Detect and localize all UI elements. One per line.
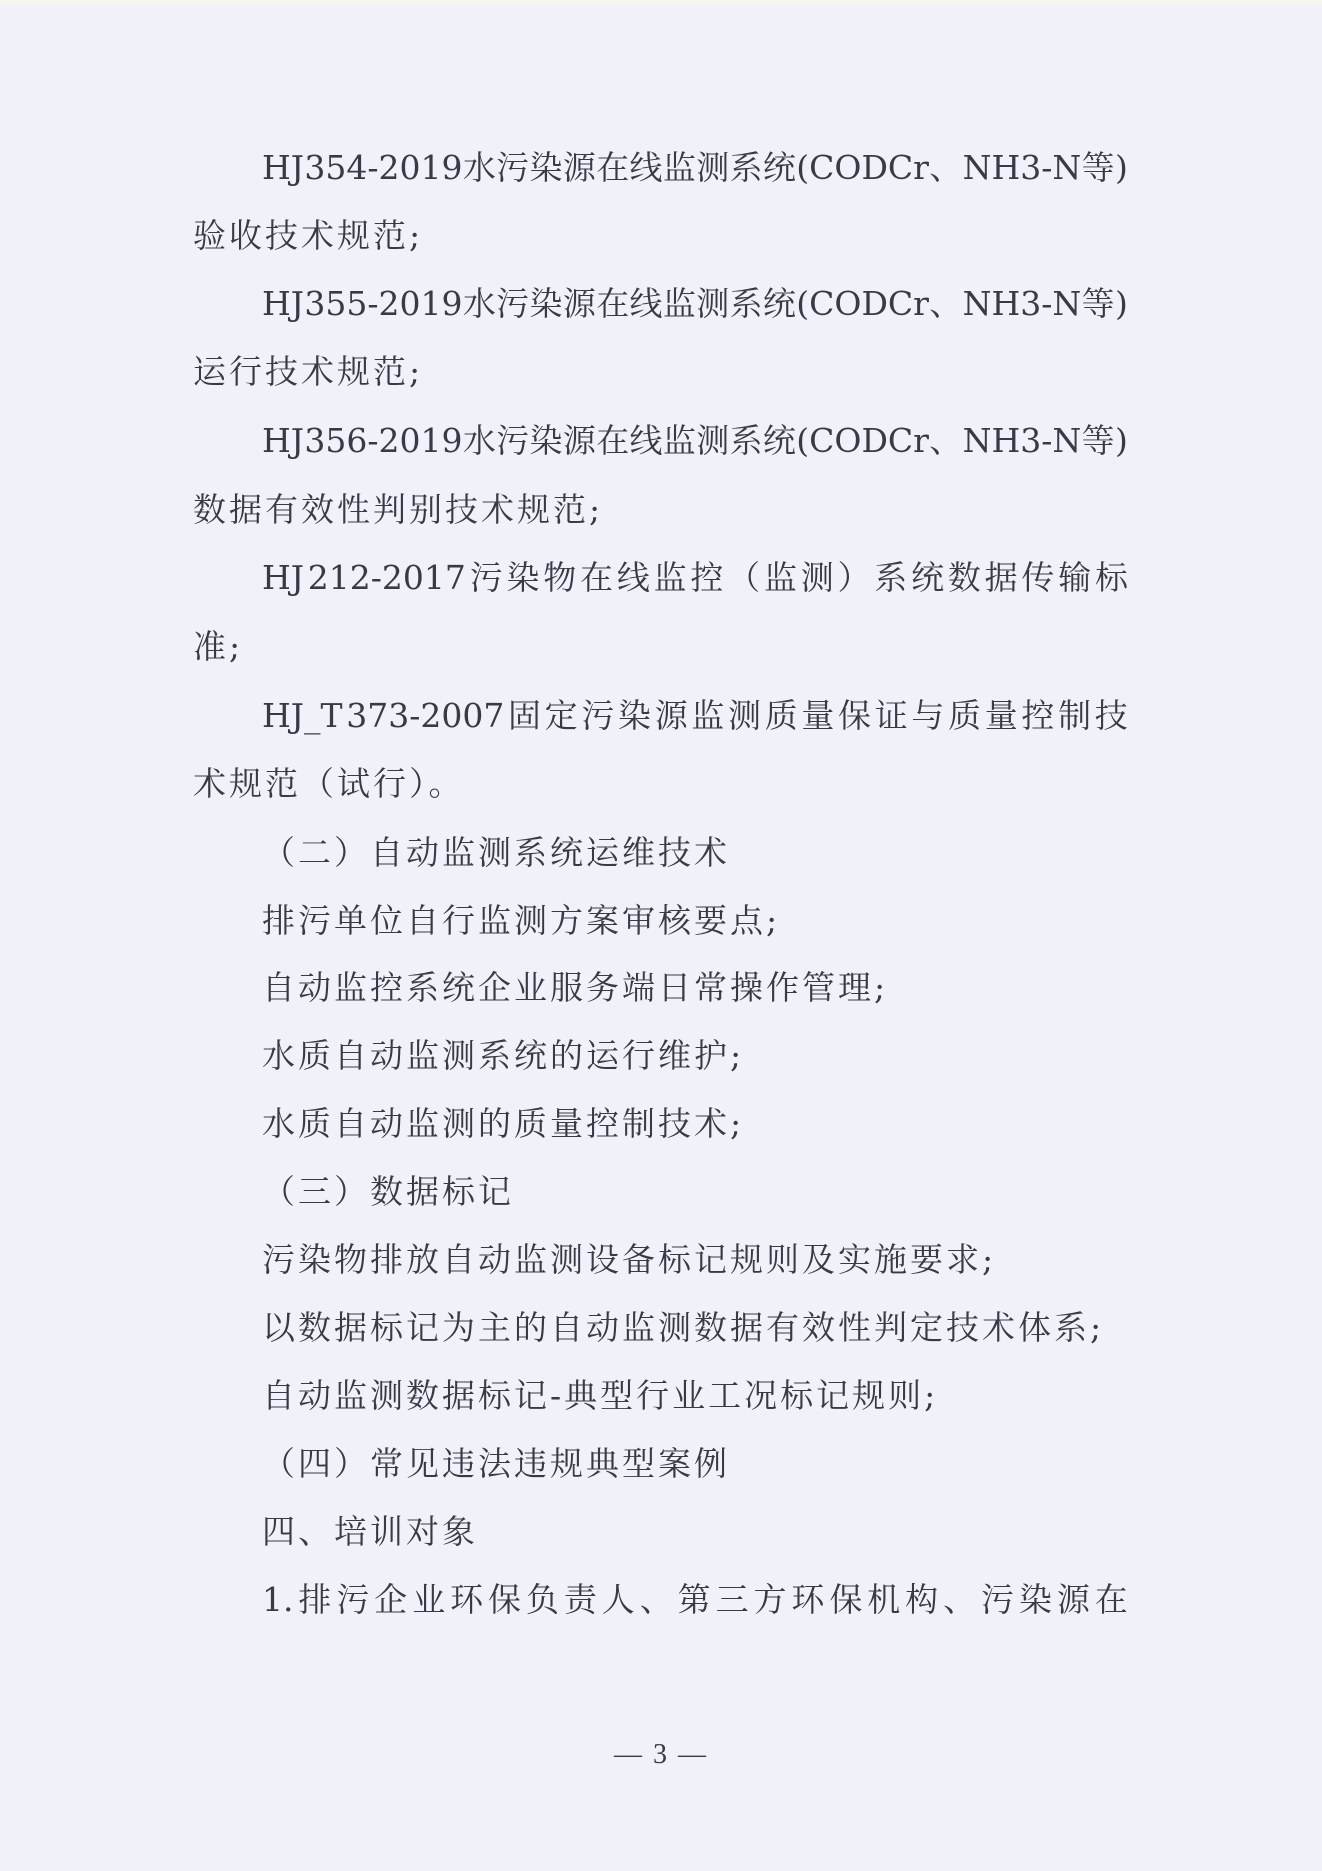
glyph-run: 水 bbox=[463, 284, 496, 324]
glyph-run: 统 bbox=[763, 148, 796, 188]
glyph-run: 线 bbox=[630, 284, 663, 324]
text-line: 验收技术规范; bbox=[193, 216, 1128, 256]
glyph-run: 、 bbox=[640, 1580, 673, 1620]
text-line: HJ355-2019水污染源在线监测系统(CODCr、NH3-N等) bbox=[262, 284, 1128, 324]
glyph-run: 在 bbox=[580, 558, 613, 598]
glyph-run: 业 bbox=[412, 1580, 445, 1620]
section-heading: （四）常见违法违规典型案例 bbox=[262, 1444, 1128, 1484]
glyph-run: 355-2019 bbox=[304, 284, 462, 324]
glyph-run: 物 bbox=[543, 558, 576, 598]
glyph-run: 测 bbox=[696, 284, 729, 324]
glyph-run: 污 bbox=[496, 421, 529, 461]
glyph-run: 标 bbox=[1095, 558, 1128, 598]
glyph-run: 源 bbox=[563, 421, 596, 461]
glyph-run: 量 bbox=[801, 696, 834, 736]
glyph-run: 在 bbox=[596, 421, 629, 461]
glyph-run: 源 bbox=[563, 284, 596, 324]
glyph-run: 在 bbox=[1095, 1580, 1128, 1620]
glyph-run: 定 bbox=[545, 696, 578, 736]
document-page: HJ354-2019水污染源在线监测系统(CODCr、NH3-N等) 验收技术规… bbox=[0, 0, 1322, 1871]
glyph-run: 、 bbox=[929, 284, 962, 324]
glyph-run: 354-2019 bbox=[304, 148, 462, 188]
section-heading: （二）自动监测系统运维技术 bbox=[262, 833, 1128, 873]
glyph-run: 数 bbox=[948, 558, 981, 598]
text-line: HJ_T373-2007固定污染源监测质量保证与质量控制技 bbox=[262, 696, 1128, 736]
glyph-run: 源 bbox=[563, 148, 596, 188]
glyph-run: 制 bbox=[1058, 696, 1091, 736]
text-line: 排污单位自行监测方案审核要点; bbox=[262, 901, 1128, 941]
glyph-run: 系 bbox=[730, 421, 763, 461]
glyph-run: 固 bbox=[508, 696, 541, 736]
glyph-run: 质 bbox=[948, 696, 981, 736]
glyph-run: 等 bbox=[1082, 421, 1115, 461]
glyph-run: 在 bbox=[596, 284, 629, 324]
glyph-run: 373-2007 bbox=[346, 696, 504, 736]
glyph-run: HJ bbox=[262, 284, 304, 324]
glyph-run: 测 bbox=[696, 421, 729, 461]
glyph-run: 环 bbox=[450, 1580, 483, 1620]
glyph-run: 量 bbox=[985, 696, 1018, 736]
glyph-run: 保 bbox=[838, 696, 871, 736]
text-line: 以数据标记为主的自动监测数据有效性判定技术体系; bbox=[262, 1308, 1128, 1348]
glyph-run: 染 bbox=[530, 148, 563, 188]
glyph-run: 污 bbox=[981, 1580, 1014, 1620]
glyph-run: 责 bbox=[564, 1580, 597, 1620]
section-heading: （三）数据标记 bbox=[262, 1172, 1128, 1212]
glyph-run: 据 bbox=[985, 558, 1018, 598]
glyph-run: 监 bbox=[663, 421, 696, 461]
glyph-run: 负 bbox=[526, 1580, 559, 1620]
text-line: HJ212-2017污染物在线监控（监测）系统数据传输标 bbox=[262, 558, 1128, 598]
glyph-run: 污 bbox=[336, 1580, 369, 1620]
glyph-run: 方 bbox=[753, 1580, 786, 1620]
glyph-run: 线 bbox=[630, 148, 663, 188]
glyph-run: 保 bbox=[829, 1580, 862, 1620]
page-number: — 3 — bbox=[0, 1737, 1322, 1773]
glyph-run: 污 bbox=[496, 284, 529, 324]
glyph-run: (CODCr bbox=[796, 284, 929, 324]
glyph-run: 水 bbox=[463, 421, 496, 461]
glyph-run: 证 bbox=[875, 696, 908, 736]
glyph-run: HJ_T bbox=[262, 696, 343, 736]
glyph-run: 污 bbox=[581, 696, 614, 736]
glyph-run: 监 bbox=[691, 696, 724, 736]
glyph-run: 系 bbox=[874, 558, 907, 598]
glyph-run: 染 bbox=[506, 558, 539, 598]
glyph-run: 排 bbox=[298, 1580, 331, 1620]
glyph-run: (CODCr bbox=[796, 421, 929, 461]
glyph-run: 构 bbox=[905, 1580, 938, 1620]
glyph-run: 传 bbox=[1021, 558, 1054, 598]
glyph-run: 质 bbox=[765, 696, 798, 736]
glyph-run: 机 bbox=[867, 1580, 900, 1620]
glyph-run: 源 bbox=[655, 696, 688, 736]
glyph-run: 保 bbox=[488, 1580, 521, 1620]
glyph-run: 技 bbox=[1095, 696, 1128, 736]
glyph-run: 控 bbox=[1021, 696, 1054, 736]
glyph-run: 、 bbox=[943, 1580, 976, 1620]
glyph-run: 在 bbox=[596, 148, 629, 188]
glyph-run: 、 bbox=[929, 421, 962, 461]
glyph-run: 系 bbox=[730, 284, 763, 324]
glyph-run: 等 bbox=[1082, 148, 1115, 188]
text-line: HJ354-2019水污染源在线监测系统(CODCr、NH3-N等) bbox=[262, 148, 1128, 188]
glyph-run: 统 bbox=[763, 421, 796, 461]
glyph-run: 212-2017 bbox=[308, 558, 466, 598]
glyph-run: HJ bbox=[262, 558, 304, 598]
glyph-run: NH3-N bbox=[963, 421, 1082, 461]
glyph-run: 统 bbox=[763, 284, 796, 324]
glyph-run: 356-2019 bbox=[304, 421, 462, 461]
glyph-run: 线 bbox=[617, 558, 650, 598]
glyph-run: 控 bbox=[690, 558, 723, 598]
glyph-run: ） bbox=[838, 558, 871, 598]
glyph-run: 企 bbox=[374, 1580, 407, 1620]
glyph-run: 第 bbox=[678, 1580, 711, 1620]
glyph-run: 环 bbox=[791, 1580, 824, 1620]
text-line: 自动监控系统企业服务端日常操作管理; bbox=[262, 968, 1128, 1008]
glyph-run: 1. bbox=[262, 1580, 294, 1620]
text-line: 水质自动监测的质量控制技术; bbox=[262, 1104, 1128, 1144]
glyph-run: 监 bbox=[663, 148, 696, 188]
glyph-run: 水 bbox=[463, 148, 496, 188]
glyph-run: 三 bbox=[716, 1580, 749, 1620]
text-line: 1.排污企业环保负责人、第三方环保机构、污染源在 bbox=[262, 1580, 1128, 1620]
glyph-run: 等 bbox=[1082, 284, 1115, 324]
text-line: 数据有效性判别技术规范; bbox=[193, 490, 1128, 530]
glyph-run: 污 bbox=[496, 148, 529, 188]
glyph-run: 监 bbox=[764, 558, 797, 598]
glyph-run: 染 bbox=[618, 696, 651, 736]
glyph-run: 染 bbox=[530, 421, 563, 461]
glyph-run: 污 bbox=[470, 558, 503, 598]
glyph-run: 测 bbox=[696, 148, 729, 188]
text-line: 准; bbox=[193, 627, 1128, 667]
glyph-run: 系 bbox=[730, 148, 763, 188]
glyph-run: （ bbox=[727, 558, 760, 598]
glyph-run: NH3-N bbox=[963, 148, 1082, 188]
glyph-run: 测 bbox=[801, 558, 834, 598]
glyph-run: (CODCr bbox=[796, 148, 929, 188]
glyph-run: 监 bbox=[663, 284, 696, 324]
glyph-run: 人 bbox=[602, 1580, 635, 1620]
glyph-run: ) bbox=[1115, 421, 1128, 461]
text-line: HJ356-2019水污染源在线监测系统(CODCr、NH3-N等) bbox=[262, 421, 1128, 461]
glyph-run: 线 bbox=[630, 421, 663, 461]
glyph-run: 输 bbox=[1058, 558, 1091, 598]
chapter-heading: 四、培训对象 bbox=[262, 1512, 1128, 1552]
glyph-run: NH3-N bbox=[963, 284, 1082, 324]
text-line: 自动监测数据标记-典型行业工况标记规则; bbox=[262, 1376, 1128, 1416]
glyph-run: HJ bbox=[262, 421, 304, 461]
text-line: 运行技术规范; bbox=[193, 352, 1128, 392]
glyph-run: 染 bbox=[530, 284, 563, 324]
glyph-run: 染 bbox=[1019, 1580, 1052, 1620]
glyph-run: 与 bbox=[911, 696, 944, 736]
glyph-run: HJ bbox=[262, 148, 304, 188]
glyph-run: 监 bbox=[654, 558, 687, 598]
text-line: 水质自动监测系统的运行维护; bbox=[262, 1036, 1128, 1076]
glyph-run: 、 bbox=[929, 148, 962, 188]
text-line: 术规范（试行）。 bbox=[193, 764, 1128, 804]
glyph-run: 测 bbox=[728, 696, 761, 736]
glyph-run: 源 bbox=[1057, 1580, 1090, 1620]
glyph-run: ) bbox=[1115, 148, 1128, 188]
text-line: 污染物排放自动监测设备标记规则及实施要求; bbox=[262, 1240, 1128, 1280]
glyph-run: 统 bbox=[911, 558, 944, 598]
glyph-run: ) bbox=[1115, 284, 1128, 324]
